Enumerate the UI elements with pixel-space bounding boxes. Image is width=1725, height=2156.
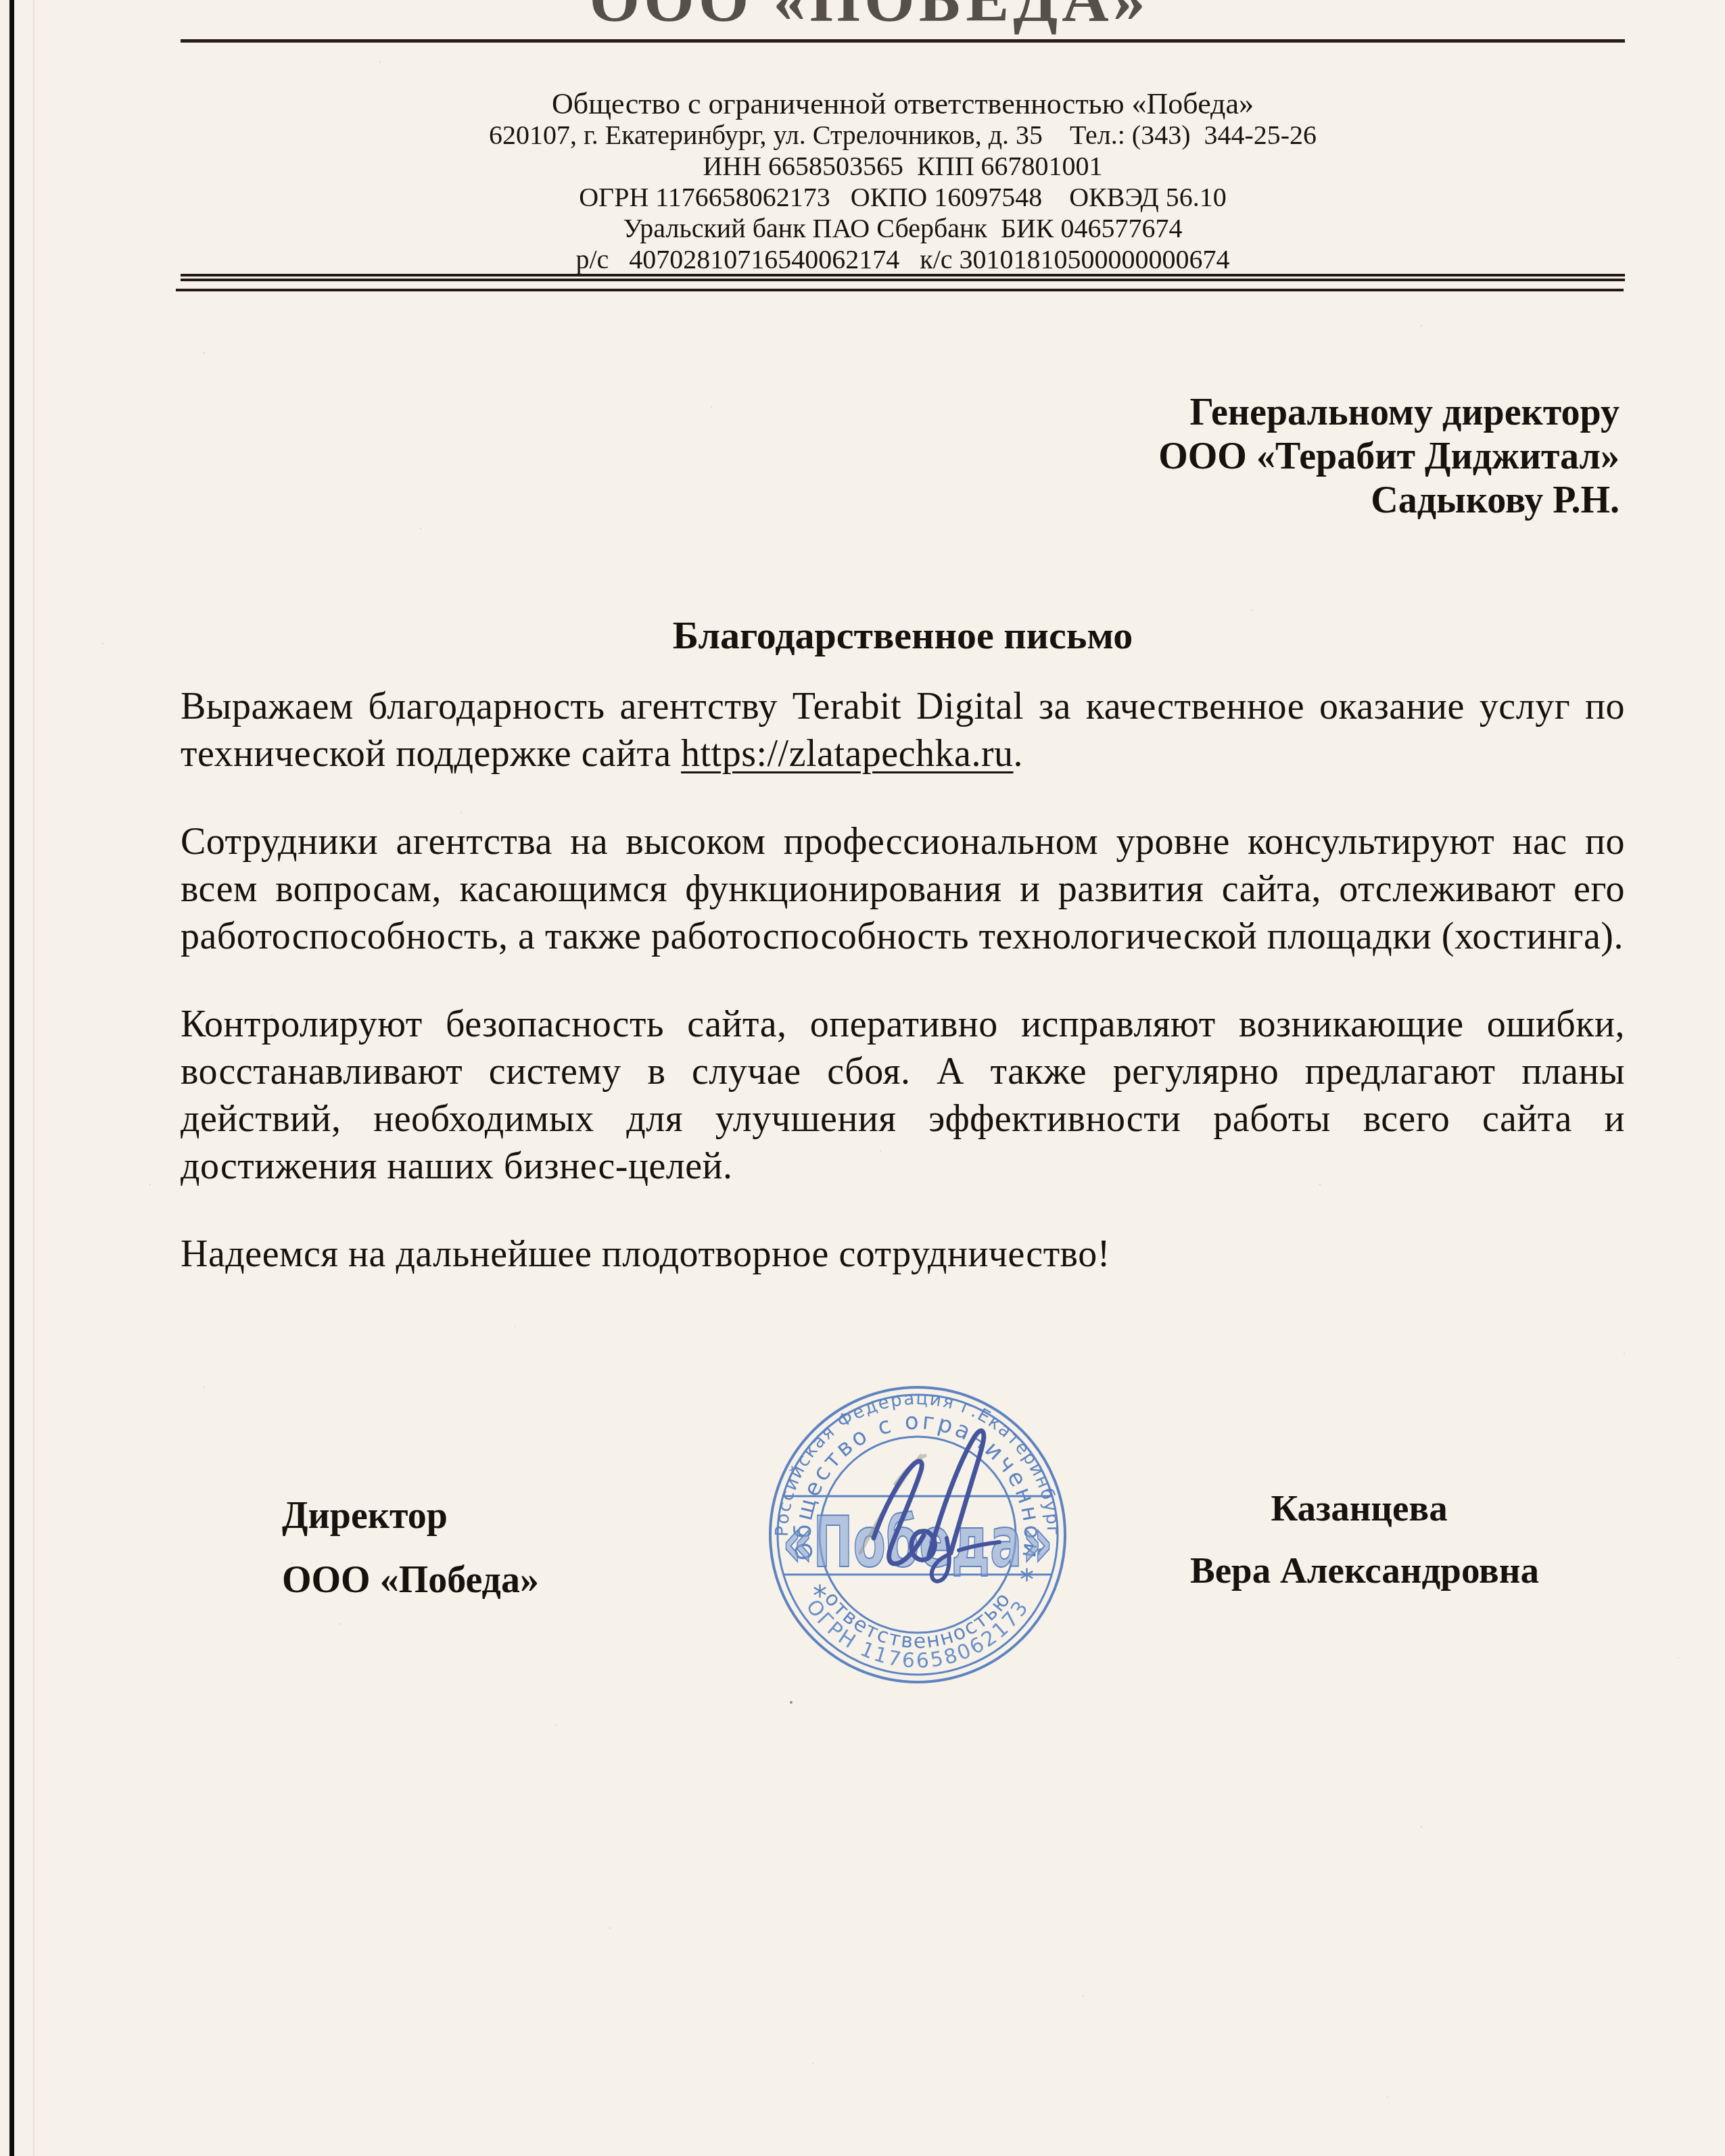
company-bank-line: Уральский банк ПАО Сбербанк БИК 04657767… — [181, 213, 1625, 244]
paragraph-closing: Надеемся на дальнейшее плодотворное сотр… — [181, 1230, 1625, 1278]
letterhead-bottom-rule-1 — [181, 274, 1625, 277]
recipient-position: Генеральному директору — [1158, 391, 1620, 435]
signer-position: Директор — [282, 1484, 539, 1548]
letter-body: Выражаем благодарность агентству Terabit… — [181, 683, 1625, 1318]
company-ogrn-line: ОГРН 1176658062173 ОКПО 16097548 ОКВЭД 5… — [181, 182, 1625, 213]
paragraph-security: Контролируют безопасность сайта, операти… — [181, 1001, 1625, 1190]
paragraph-gratitude: Выражаем благодарность агентству Terabit… — [181, 683, 1625, 777]
signer-firstname-patronymic: Вера Александровна — [1190, 1539, 1528, 1602]
stamp-svg: Российская Федерация г.Екатеринбург Обще… — [765, 1383, 1070, 1687]
company-round-stamp: Российская Федерация г.Екатеринбург Обще… — [765, 1383, 1070, 1687]
company-address-line: 620107, г. Екатеринбург, ул. Стрелочнико… — [181, 120, 1625, 151]
stamp-asterisk-left: * — [813, 1579, 827, 1612]
company-inn-kpp-line: ИНН 6658503565 КПП 667801001 — [181, 151, 1625, 182]
signer-name-block: Казанцева Вера Александровна — [1190, 1477, 1528, 1602]
letterhead-bottom-rule-2 — [181, 279, 1625, 281]
paragraph-gratitude-period: . — [1014, 733, 1024, 775]
scanned-letter-page: ООО «ПОБЕДА» Общество с ограниченной отв… — [0, 0, 1725, 2156]
letterhead-org-title: ООО «ПОБЕДА» — [41, 0, 1698, 37]
recipient-block: Генеральному директору ООО «Терабит Дидж… — [1158, 391, 1620, 523]
letterhead-bottom-rule-3 — [176, 289, 1624, 291]
site-url-text: https://zlatapechka.ru — [681, 733, 1013, 775]
letterhead-company-info: Общество с ограниченной ответственностью… — [181, 89, 1625, 275]
recipient-name: Садыкову Р.Н. — [1158, 479, 1620, 523]
company-accounts-line: р/с 40702810716540062174 к/с 30101810500… — [181, 244, 1625, 275]
paragraph-consulting: Сотрудники агентства на высоком професси… — [181, 818, 1625, 960]
scan-edge-line — [9, 0, 14, 2156]
letterhead-top-rule — [181, 39, 1625, 43]
signer-lastname: Казанцева — [1190, 1477, 1528, 1539]
paper-edge-shadow — [33, 0, 34, 2156]
company-name-line: Общество с ограниченной ответственностью… — [181, 89, 1625, 120]
signer-position-block: Директор ООО «Победа» — [282, 1484, 539, 1612]
recipient-company: ООО «Терабит Диджитал» — [1158, 435, 1620, 479]
letter-title: Благодарственное письмо — [181, 613, 1625, 658]
signer-company: ООО «Победа» — [282, 1548, 539, 1612]
